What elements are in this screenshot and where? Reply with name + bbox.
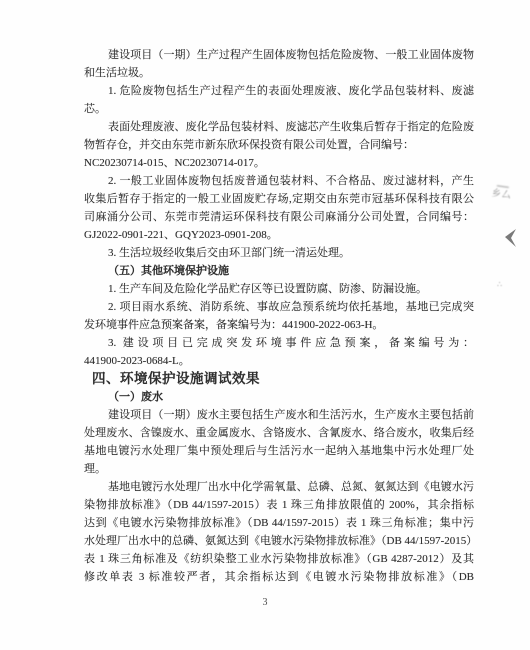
text-line: 1. 生产车间及危险化学品贮存区等已设置防腐、防渗、防漏设施。 <box>84 280 474 298</box>
text-line: 水处理厂出水中的总磷、氨氮达到《电镀水污染物排放标准》（DB 44/1597-2… <box>84 532 474 550</box>
text-line: 1. 危险废物包括生产过程产生的表面处理废液、废化学品包装材料、废滤 <box>84 82 474 100</box>
text-line: 理。 <box>84 460 474 478</box>
document-body: 建设项目（一期）生产过程产生固体废物包括危险废物、一般工业固体废物和生活垃圾。1… <box>84 46 474 586</box>
text-line: 3. 生活垃圾经收集后交由环卫部门统一清运处理。 <box>84 244 474 262</box>
text-line: 物暂存仓，并交由东莞市新东欣环保投资有限公司处置，合同编号： <box>84 136 474 154</box>
sub-heading: （一）废水 <box>84 388 474 406</box>
text-line: 处理废水、含镍废水、重金属废水、含铬废水、含氰废水、络合废水，收集后经 <box>84 424 474 442</box>
text-line: 修改单表 3 标准较严者，其余指标达到《电镀水污染物排放标准》（DB <box>84 568 474 586</box>
text-line: 芯。 <box>84 100 474 118</box>
section-heading: 四、环境保护设施调试效果 <box>84 370 474 388</box>
page-number: 3 <box>84 597 446 608</box>
text-line: 染物排放标准》（DB 44/1597-2015）表 1 珠三角排放限值的 200… <box>84 496 474 514</box>
text-line: 司麻涌分公司、东莞市莞清运环保科技有限公司麻涌分公司处置，合同编号： <box>84 208 474 226</box>
text-line: 表面处理废液、废化学品包装材料、废滤芯产生收集后暂存于指定的危险废 <box>84 118 474 136</box>
text-line: NC20230714-015、NC20230714-017。 <box>84 154 474 172</box>
text-line: 表 1 珠三角标准及《纺织染整工业水污染物排放标准》（GB 4287-2012）… <box>84 550 474 568</box>
scan-dots-icon: ∴ <box>497 280 504 289</box>
text-line: 2. 一般工业固体废物包括废普通包装材料、不合格品、废过滤材料，产生 <box>84 172 474 190</box>
sub-heading: （五）其他环境保护设施 <box>84 262 474 280</box>
text-line: 基地电镀污水处理厂出水中化学需氧量、总磷、总氮、氨氮达到《电镀水污 <box>84 478 474 496</box>
text-line: GJ2022-0901-221、GQY2023-0901-208。 <box>84 226 474 244</box>
text-line: 达到《电镀水污染物排放标准》（DB 44/1597-2015）表 1 珠三角标准… <box>84 514 474 532</box>
text-line: 基地电镀污水处理厂集中预处理后与生活污水一起纳入基地集中污水处理厂处 <box>84 442 474 460</box>
scan-chevron-icon <box>502 228 518 253</box>
text-line: 和生活垃圾。 <box>84 64 474 82</box>
text-line: 2. 项目雨水系统、消防系统、事故应急预系统均依托基地，基地已完成突 <box>84 298 474 316</box>
text-line: 3. 建设项目已完成突发环境事件应急预案，备案编号为： <box>84 334 474 352</box>
text-line: 建设项目（一期）生产过程产生固体废物包括危险废物、一般工业固体废物 <box>84 46 474 64</box>
document-page: 建设项目（一期）生产过程产生固体废物包括危险废物、一般工业固体废物和生活垃圾。1… <box>0 0 530 650</box>
text-line: 441900-2023-0684-L。 <box>84 352 474 370</box>
scan-smudge-icon: 乡厶 <box>488 184 516 200</box>
text-line: 建设项目（一期）废水主要包括生产废水和生活污水，生产废水主要包括前 <box>84 406 474 424</box>
text-line: 发环境事件应急预案备案，备案编号为：441900-2022-063-H。 <box>84 316 474 334</box>
text-line: 收集后暂存于指定的一般工业固废贮存场,定期交由东莞市冠基环保科技有限公 <box>84 190 474 208</box>
